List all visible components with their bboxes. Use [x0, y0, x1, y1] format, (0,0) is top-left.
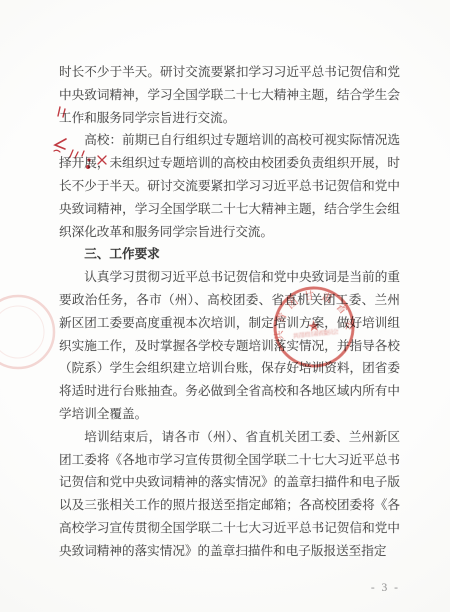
page-number: - 3 -	[371, 582, 400, 594]
scanned-document-page: 时长不少于半天。研讨交流要紧扣学习习近平总书记贺信和党中央致词精神，学习全国学联…	[0, 0, 450, 612]
paragraph-work-requirements: 认真学习贯彻习近平总书记贺信和党中央致词是当前的重要政治任务，各市（州）、高校团…	[59, 266, 400, 426]
paragraph-reporting: 培训结束后，请各市（州）、省直机关团工委、兰州新区团工委将《各地市学习宣传贯彻全…	[59, 426, 400, 563]
paragraph-gaoxiao: 高校：前期已自行组织过专题培训的高校可视实际情况选择开展，未组织过专题培训的高校…	[59, 129, 400, 243]
faint-seal-ring	[0, 296, 54, 368]
section-heading-work-requirements: 三、工作要求	[59, 243, 400, 266]
document-body-text: 时长不少于半天。研讨交流要紧扣学习习近平总书记贺信和党中央致词精神，学习全国学联…	[59, 61, 400, 563]
faint-seal-impression	[0, 292, 58, 372]
faint-seal-inner-ring	[0, 306, 44, 358]
paragraph-continuation: 时长不少于半天。研讨交流要紧扣学习习近平总书记贺信和党中央致词精神，学习全国学联…	[59, 61, 400, 129]
